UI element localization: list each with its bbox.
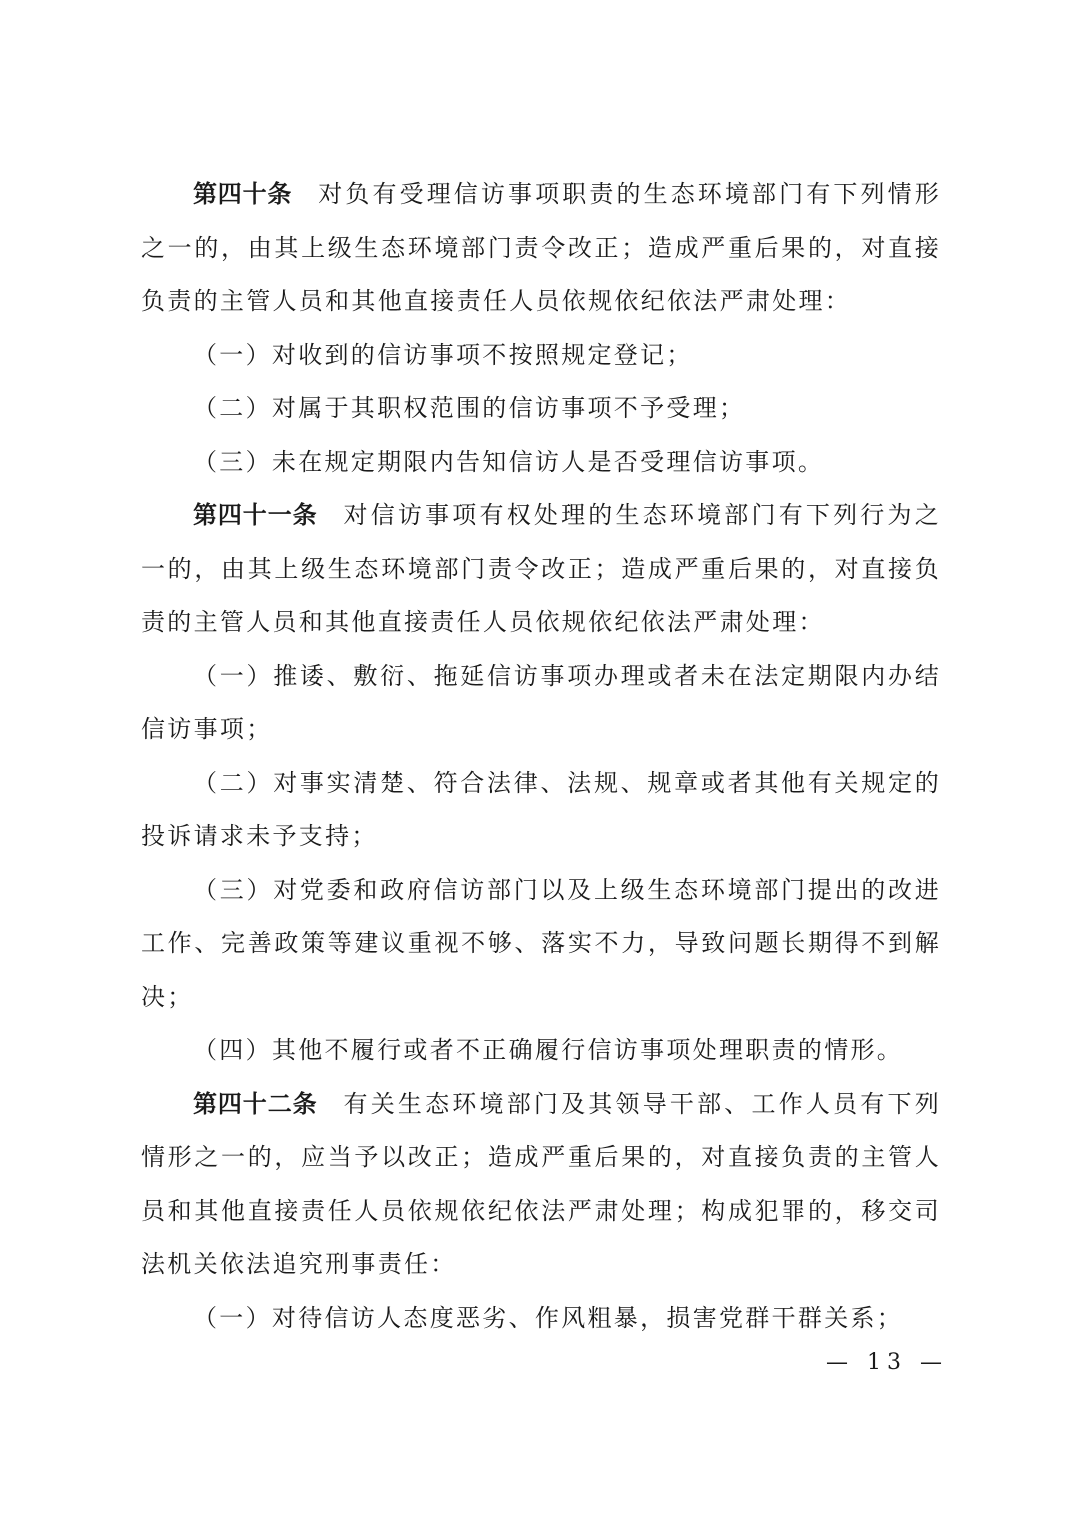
article-41-item-4: （四）其他不履行或者不正确履行信访事项处理职责的情形。 [141, 1024, 941, 1078]
article-40-item-3: （三）未在规定期限内告知信访人是否受理信访事项。 [141, 436, 941, 490]
article-heading: 第四十二条 [193, 1090, 318, 1118]
article-41-item-2: （二）对事实清楚、符合法律、法规、规章或者其他有关规定的投诉请求未予支持； [141, 757, 941, 864]
article-42-item-1: （一）对待信访人态度恶劣、作风粗暴，损害党群干群关系； [141, 1292, 941, 1346]
article-41-item-3: （三）对党委和政府信访部门以及上级生态环境部门提出的改进工作、完善政策等建议重视… [141, 864, 941, 1025]
document-page: 第四十条对负有受理信访事项职责的生态环境部门有下列情形之一的，由其上级生态环境部… [141, 168, 941, 1345]
article-heading: 第四十一条 [193, 501, 318, 529]
article-42: 第四十二条有关生态环境部门及其领导干部、工作人员有下列情形之一的，应当予以改正；… [141, 1078, 941, 1292]
article-40-item-1: （一）对收到的信访事项不按照规定登记； [141, 329, 941, 383]
article-heading: 第四十条 [193, 180, 292, 208]
article-41: 第四十一条对信访事项有权处理的生态环境部门有下列行为之一的，由其上级生态环境部门… [141, 489, 941, 650]
article-41-item-1: （一）推诿、敷衍、拖延信访事项办理或者未在法定期限内办结信访事项； [141, 650, 941, 757]
page-number: — 13 — [826, 1350, 948, 1375]
article-40: 第四十条对负有受理信访事项职责的生态环境部门有下列情形之一的，由其上级生态环境部… [141, 168, 941, 329]
article-40-item-2: （二）对属于其职权范围的信访事项不予受理； [141, 382, 941, 436]
